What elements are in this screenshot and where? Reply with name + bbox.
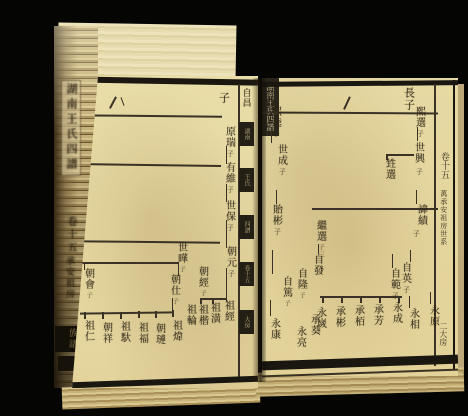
connector-line — [155, 311, 157, 318]
tree-node: 子 — [278, 168, 285, 176]
tree-node: 子 — [412, 230, 419, 238]
tree-node: 熙選 — [413, 106, 424, 128]
connector-line — [341, 296, 343, 303]
tree-node: 祖潢 — [208, 302, 219, 324]
connector-line — [72, 163, 221, 167]
connector-line — [80, 311, 174, 314]
tree-node: 貽彬 — [270, 204, 281, 226]
tree-node: 子 — [227, 270, 234, 278]
connector-line — [392, 254, 393, 268]
connector-line — [453, 80, 455, 370]
connector-line — [379, 296, 381, 303]
tree-node: 承彬 — [333, 306, 344, 328]
connector-line — [138, 311, 140, 318]
tree-node: 永原 — [427, 305, 438, 327]
tree-node: 承葵 — [308, 314, 319, 336]
tree-node: 世成 — [275, 144, 286, 166]
tree-node: 永相 — [407, 308, 418, 330]
connector-line — [262, 112, 438, 115]
spine-title: 湖南王氏四譜 — [61, 80, 81, 176]
tree-node: 甡選 — [383, 158, 394, 180]
tree-node: 世保 — [223, 200, 234, 222]
connector-line — [272, 250, 273, 274]
tree-node: 祖仁 — [82, 320, 93, 342]
tree-node: 祖輪 — [184, 304, 195, 326]
tree-node: 子 — [85, 292, 91, 299]
connector-line — [109, 96, 116, 108]
connector-line — [262, 80, 458, 87]
tree-node: 子 — [416, 130, 423, 138]
tree-node: 自範 — [388, 268, 399, 290]
tree-node: 朝會 — [82, 268, 93, 290]
tree-node: 子 — [283, 300, 289, 307]
tree-node: 自隆 — [295, 268, 306, 290]
tree-node: 原瑞 — [223, 126, 234, 148]
tree-node: 子 — [273, 228, 280, 236]
tree-node: 朝元 — [224, 246, 235, 268]
tree-node: 諱績 — [415, 204, 426, 226]
tree-node: 子 — [199, 290, 205, 297]
tree-node: 祖煒 — [170, 320, 181, 342]
connector-line — [430, 292, 431, 304]
tree-node: 朝經 — [196, 266, 207, 288]
connector-line — [120, 312, 122, 319]
tree-node: 朝璉 — [153, 323, 164, 345]
connector-line — [120, 97, 124, 106]
tree-node: 朝仕 — [168, 274, 179, 296]
connector-line — [409, 296, 410, 308]
tree-node: 祖楷 — [196, 304, 207, 326]
spine-section: 承安祖房 — [63, 256, 76, 300]
tree-node: 承芳 — [371, 304, 382, 326]
connector-line — [270, 300, 271, 316]
right-page-edge — [458, 84, 464, 372]
tree-node: 永成 — [390, 302, 401, 324]
tree-node: 子 — [226, 150, 233, 158]
tree-node: 祖經 — [222, 300, 233, 322]
connector-line — [343, 96, 350, 109]
tree-node: 子 — [226, 224, 233, 232]
connector-line — [276, 190, 277, 204]
margin-volume: 卷十五 — [438, 152, 448, 179]
tree-node: 永康 — [268, 318, 279, 340]
margin-page-label: 二大房 — [438, 322, 447, 346]
tree-node: 世曄 — [175, 242, 186, 264]
connector-line — [84, 312, 86, 319]
tree-node: 子 — [298, 292, 304, 299]
tree-node: 子 — [415, 168, 422, 176]
tree-node: 永亮 — [294, 326, 305, 348]
tree-node: 自篤 — [280, 276, 291, 298]
tree-node: 子 — [402, 286, 409, 294]
connector-line — [72, 376, 258, 388]
tree-node: 子 — [391, 292, 398, 300]
tree-node: 子 — [178, 266, 184, 273]
tree-node: 子 — [171, 298, 177, 305]
connector-line — [360, 296, 362, 303]
tree-node: 朝祥 — [100, 322, 111, 344]
tree-node: 祖馱 — [118, 321, 129, 343]
connector-line — [322, 296, 324, 303]
connector-line — [386, 154, 414, 156]
tree-node: 自英 — [399, 262, 410, 284]
connector-line — [410, 250, 411, 262]
tree-node: 自昌 — [240, 88, 249, 108]
connector-line — [72, 76, 258, 85]
tree-node: 子 — [272, 130, 279, 138]
connector-line — [102, 312, 104, 319]
spine-volume: 卷十五 — [63, 216, 78, 255]
tree-node: 熙逵 — [269, 106, 280, 128]
connector-line — [416, 190, 417, 204]
margin-section: 萬承安祖房世系 — [439, 190, 447, 246]
page-gutter-shadow — [252, 78, 266, 382]
book-photograph: { "scene": { "background": "#050504", "p… — [0, 0, 468, 416]
tree-node: 自發 — [311, 254, 322, 276]
right-page: 湖南王氏四譜 卷十五 萬承安祖房世系 二大房 長子熙選子世興甡選子諱績子自英子永… — [262, 78, 458, 376]
tree-node: 祖福 — [136, 322, 147, 344]
tree-node: 子 — [226, 186, 233, 194]
tree-node: 承栢 — [352, 305, 363, 327]
tree-node: 有維 — [223, 162, 234, 184]
connector-line — [80, 262, 178, 264]
tree-node: 子 — [218, 92, 230, 104]
connector-line — [72, 240, 220, 243]
tree-node: 繼選 — [314, 220, 325, 242]
left-page: 子自昌原瑞子有維子世保子朝元子祖經祖潢祖楷朝經子祖輪世曄子朝仕子祖煒朝會子祖仁朝… — [72, 76, 258, 388]
connector-line — [262, 355, 458, 371]
tree-node: 世興 — [412, 142, 423, 164]
